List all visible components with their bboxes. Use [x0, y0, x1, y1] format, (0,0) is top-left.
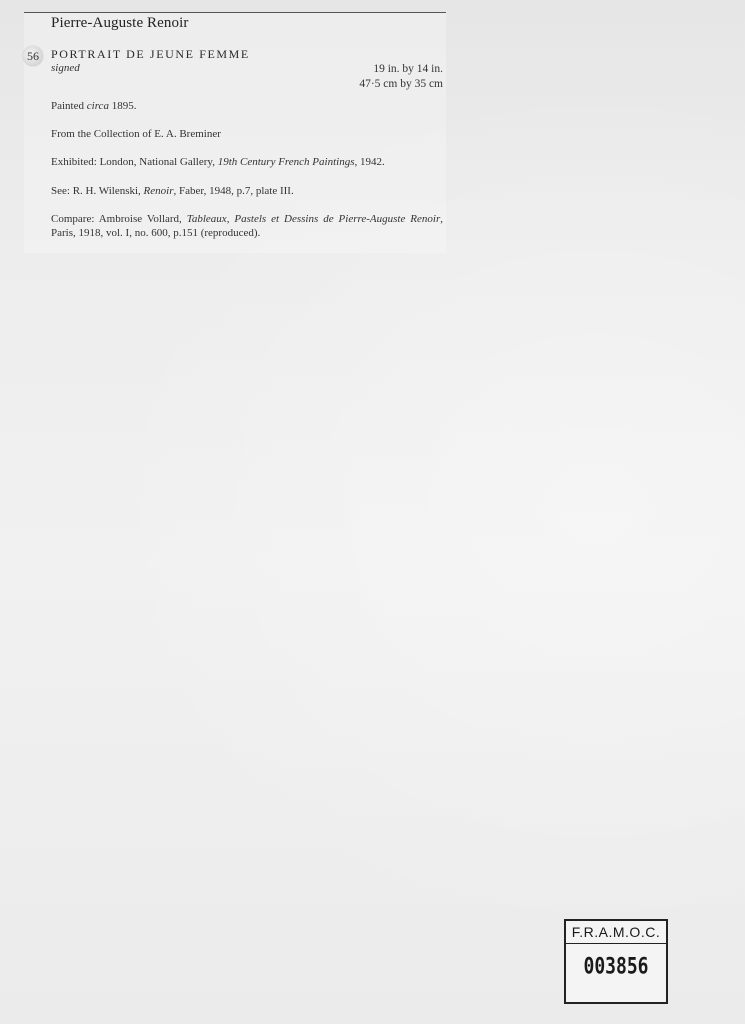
see-italic: Renoir	[144, 185, 174, 197]
see-suffix: , Faber, 1948, p.7, plate III.	[174, 185, 294, 197]
archive-stamp: F.R.A.M.O.C. 003856	[564, 919, 668, 1004]
artwork-title: PORTRAIT DE JEUNE FEMME	[51, 47, 250, 62]
dimensions-inches: 19 in. by 14 in.	[359, 62, 443, 77]
painted-prefix: Painted	[51, 100, 87, 112]
compare-prefix: Compare: Ambroise Vollard,	[51, 213, 187, 225]
lot-number-badge: 56	[23, 46, 43, 66]
dimensions: 19 in. by 14 in. 47·5 cm by 35 cm	[359, 62, 443, 92]
compare-italic: Tableaux, Pastels et Dessins de Pierre-A…	[187, 213, 440, 225]
artist-name: Pierre-Auguste Renoir	[51, 15, 188, 32]
exhibited: Exhibited: London, National Gallery, 19t…	[51, 155, 443, 169]
see-reference: See: R. H. Wilenski, Renoir, Faber, 1948…	[51, 184, 443, 198]
stamp-number: 003856	[566, 953, 666, 979]
painted-date: Painted circa 1895.	[51, 99, 443, 113]
exhibited-suffix: , 1942.	[354, 156, 384, 168]
dimensions-cm: 47·5 cm by 35 cm	[359, 77, 443, 92]
see-prefix: See: R. H. Wilenski,	[51, 185, 144, 197]
signed-note: signed	[51, 62, 80, 74]
provenance: From the Collection of E. A. Breminer	[51, 127, 443, 141]
painted-suffix: 1895.	[109, 100, 137, 112]
exhibited-prefix: Exhibited: London, National Gallery,	[51, 156, 218, 168]
painted-italic: circa	[87, 100, 109, 112]
compare-reference: Compare: Ambroise Vollard, Tableaux, Pas…	[51, 212, 443, 240]
stamp-header: F.R.A.M.O.C.	[566, 921, 666, 944]
exhibited-italic: 19th Century French Paintings	[218, 156, 355, 168]
